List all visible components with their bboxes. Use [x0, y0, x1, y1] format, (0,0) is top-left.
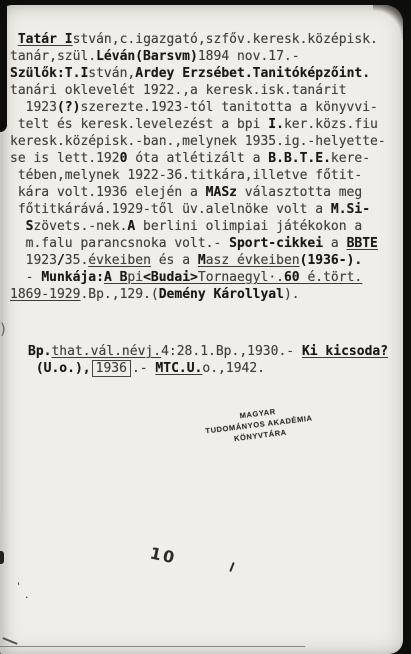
pencil-bracket-mark: ): [0, 320, 6, 338]
text-segment: tanár,szül.: [10, 49, 96, 64]
text-segment: berlini olimpiai játékokon a: [135, 219, 362, 234]
text-segment: ).: [284, 287, 300, 302]
typed-text-block: Tatár István,c.igazgató,szfőv.keresk.köz…: [10, 31, 386, 303]
scan-frame: Tatár István,c.igazgató,szfőv.keresk.köz…: [0, 0, 411, 654]
text-segment: kere-: [331, 151, 370, 166]
text-segment: pi: [127, 270, 143, 285]
text-segment: Demény Károllyal: [159, 287, 284, 302]
text-segment: szerezte.1923-tól tanitotta a könyvvi-: [80, 100, 377, 115]
typed-line: kára volt.1936 elején a MASz választotta…: [10, 184, 386, 201]
text-segment: .Bp.,129.(: [80, 287, 158, 302]
text-segment: /: [57, 253, 65, 268]
text-segment: [28, 361, 36, 376]
text-segment: keresk.középisk.-ban.,melynek 1935.ig.-h…: [10, 134, 386, 149]
text-segment: Munkája:: [41, 270, 104, 285]
text-segment: Tornaegyl·.: [198, 270, 284, 285]
typed-line: tében,melynek 1922-36.titkára,illetve fő…: [10, 167, 386, 184]
text-segment: tanári oklevelét 1922.,a keresk.isk.taná…: [10, 83, 347, 98]
typed-line: Tatár István,c.igazgató,szfőv.keresk.köz…: [10, 31, 386, 48]
text-segment: I.: [268, 117, 284, 132]
text-segment: 1923: [10, 253, 57, 268]
text-segment: 1936: [92, 360, 131, 377]
typed-line: 1869-1929.Bp.,129.(Demény Károllyal).: [10, 286, 386, 303]
text-segment: választotta meg: [237, 185, 362, 200]
text-segment: B.B.T.E.: [268, 151, 331, 166]
scan-border-top-left: [0, 0, 7, 132]
text-segment: 60: [284, 270, 300, 285]
text-segment: főtitkárává.1929-től üv.alelnöke volt a: [10, 202, 331, 217]
text-segment: tében,melynek 1922-36.titkára,illetve fő…: [10, 168, 362, 183]
typed-line: - Munkája:A Bpi<Budai>Tornaegyl·.60 é.tö…: [10, 269, 386, 286]
text-segment: -: [10, 270, 41, 285]
typed-line: 1923/35.évkeiben és a Masz évkeiben(1936…: [10, 252, 386, 269]
text-segment: M: [198, 253, 206, 268]
typed-line: tanár,szül.Léván(Barsvm)1894 nov.17.-: [10, 48, 386, 65]
typed-line: (U.o.),1936.- MTC.U.o.,1942.: [28, 360, 388, 377]
text-segment: 1923: [10, 100, 57, 115]
typed-line: főtitkárává.1929-től üv.alelnöke volt a …: [10, 201, 386, 218]
card-bottom-edge-line: [0, 646, 305, 647]
text-segment: 1894 nov.17.-: [198, 49, 300, 64]
text-segment: Bp.: [28, 344, 51, 359]
text-segment: Ardey Erzsébet.Tanitóképzőint.: [135, 66, 370, 81]
text-segment: kára volt.1936 elején a: [10, 185, 206, 200]
text-segment: se is lett.192: [10, 151, 120, 166]
text-segment: <Budai>: [143, 270, 198, 285]
pencil-dot-mark: .: [25, 588, 29, 601]
text-segment: [10, 32, 18, 47]
typed-line: keresk.középisk.-ban.,melynek 1935.ig.-h…: [10, 133, 386, 150]
text-segment: o.,1942.: [202, 361, 265, 376]
text-segment: é.tört.: [300, 270, 363, 285]
typed-line: m.falu parancsnoka volt.- Sport-cikkei a…: [10, 235, 386, 252]
text-segment: (U.o.),: [36, 361, 91, 376]
text-segment: Sport-cikkei: [229, 236, 323, 251]
text-segment: a: [323, 236, 346, 251]
text-segment: MASz: [206, 185, 237, 200]
text-segment: .-: [132, 361, 155, 376]
text-segment: m.falu parancsnoka volt.-: [10, 236, 229, 251]
card-corner-fold: [373, 5, 403, 39]
text-segment: BBTE: [347, 236, 378, 251]
text-segment: Szülők:T.I: [10, 66, 88, 81]
text-segment: 35.: [65, 253, 88, 268]
typed-line: se is lett.1920 óta atlétizált a B.B.T.E…: [10, 150, 386, 167]
bibliography-block: Bp.that.vál.névj.4:28.1.Bp.,1930.- Ki ki…: [28, 343, 388, 377]
text-segment: és a: [151, 253, 198, 268]
typed-line: 1923(?)szerezte.1923-tól tanitotta a kön…: [10, 99, 386, 116]
typed-line: telt és keresk.levelezést a bpi I.ker.kö…: [10, 116, 386, 133]
typed-line: Szülők:T.István,Ardey Erzsébet.Tanitókép…: [10, 65, 386, 82]
text-segment: (?): [57, 100, 80, 115]
typed-line: Bp.that.vál.névj.4:28.1.Bp.,1930.- Ki ki…: [28, 343, 388, 360]
typed-line: Szövets.-nek.A berlini olimpiai játékoko…: [10, 218, 386, 235]
text-segment: 4:28.1.Bp.,1930.-: [161, 344, 302, 359]
text-segment: óta atlétizált a: [127, 151, 268, 166]
text-segment: zövets.-nek.: [33, 219, 127, 234]
text-segment: 1869-1929: [10, 287, 80, 302]
text-segment: telt és keresk.levelezést a bpi: [10, 117, 268, 132]
text-segment: stván,: [88, 66, 135, 81]
text-segment: Léván(Barsvm): [96, 49, 198, 64]
text-segment: [10, 219, 26, 234]
text-segment: stván,c.igazgató,szfőv.keresk.középisk.: [73, 32, 378, 47]
text-segment: Tatár I: [18, 32, 73, 47]
pencil-blob-mark: [0, 551, 4, 564]
text-segment: ker.közs.fiu: [284, 117, 378, 132]
text-segment: asz évkeiben: [206, 253, 300, 268]
index-card: Tatár István,c.igazgató,szfőv.keresk.köz…: [0, 5, 403, 654]
typed-line: tanári oklevelét 1922.,a keresk.isk.taná…: [10, 82, 386, 99]
text-segment: MTC.U.: [155, 361, 202, 376]
text-segment: (1936-).: [300, 253, 363, 268]
text-segment: Ki kicsoda?: [302, 344, 388, 359]
text-segment: that.vál.névj.: [51, 344, 161, 359]
text-segment: A B: [104, 270, 127, 285]
library-stamp: MAGYAR TUDOMÁNYOS AKADÉMIA KÖNYVTÁRA: [198, 401, 319, 448]
text-segment: évkeiben: [88, 253, 151, 268]
text-segment: M.Si-: [331, 202, 370, 217]
